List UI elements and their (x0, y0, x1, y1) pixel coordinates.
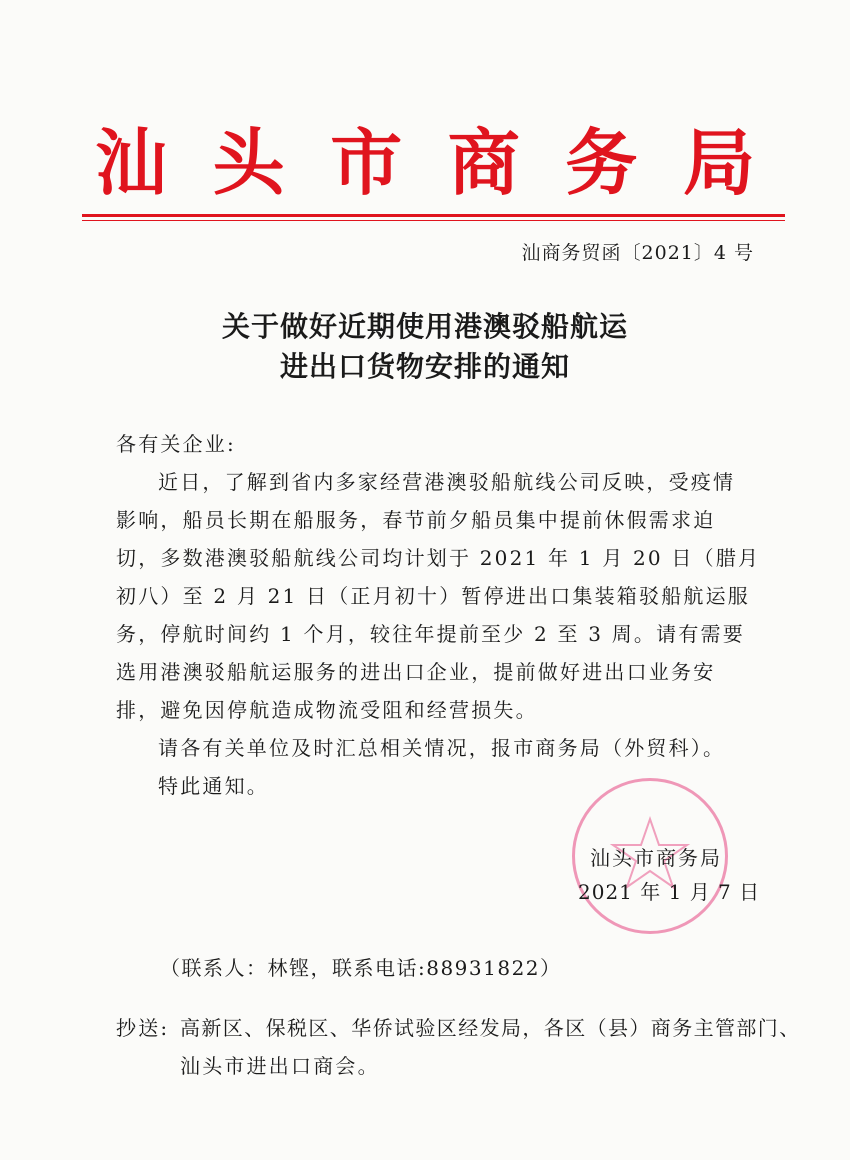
paragraph-line: 务，停航时间约 1 个月，较往年提前至少 2 至 3 周。请有需要 (116, 618, 745, 647)
masthead-char: 头 (213, 118, 285, 208)
paragraph-2: 请各有关单位及时汇总相关情况，报市商务局（外贸科）。 (158, 732, 725, 761)
document-title-line2: 进出口货物安排的通知 (0, 345, 850, 385)
closing: 特此通知。 (158, 770, 269, 799)
cc-line2: 汕头市进出口商会。 (180, 1050, 380, 1079)
masthead-char: 局 (683, 118, 755, 208)
masthead-char: 汕 (95, 118, 167, 208)
masthead-char: 务 (565, 118, 637, 208)
paragraph-line: 排，避免因停航造成物流受阻和经营损失。 (116, 694, 538, 723)
signature-org: 汕头市商务局 (590, 842, 722, 871)
cc-label: 抄送: (116, 1012, 169, 1041)
paragraph-line: 初八）至 2 月 21 日（正月初十）暂停进出口集装箱驳船航运服 (116, 580, 750, 609)
document-title-line1: 关于做好近期使用港澳驳船航运 (0, 305, 850, 345)
document-number: 汕商务贸函〔2021〕4 号 (522, 238, 754, 265)
red-header-rule (82, 214, 785, 217)
contact-info: （联系人：林铿，联系电话:88931822） (160, 952, 562, 981)
cc-line1: 高新区、保税区、华侨试验区经发局，各区（县）商务主管部门、 (180, 1012, 801, 1041)
paragraph-line: 选用港澳驳船航运服务的进出口企业，提前做好进出口业务安 (116, 656, 715, 685)
signature-date: 2021 年 1 月 7 日 (578, 876, 760, 905)
paragraph-line: 近日，了解到省内多家经营港澳驳船航线公司反映，受疫情 (158, 466, 735, 495)
salutation: 各有关企业: (116, 428, 236, 457)
paragraph-line: 切，多数港澳驳船航线公司均计划于 2021 年 1 月 20 日（腊月 (116, 542, 760, 571)
red-header-rule-thin (82, 220, 785, 221)
masthead-char: 商 (448, 118, 520, 208)
agency-masthead: 汕 头 市 商 务 局 (95, 118, 755, 208)
paragraph-line: 影响，船员长期在船服务，春节前夕船员集中提前休假需求迫 (116, 504, 715, 533)
masthead-char: 市 (330, 118, 402, 208)
